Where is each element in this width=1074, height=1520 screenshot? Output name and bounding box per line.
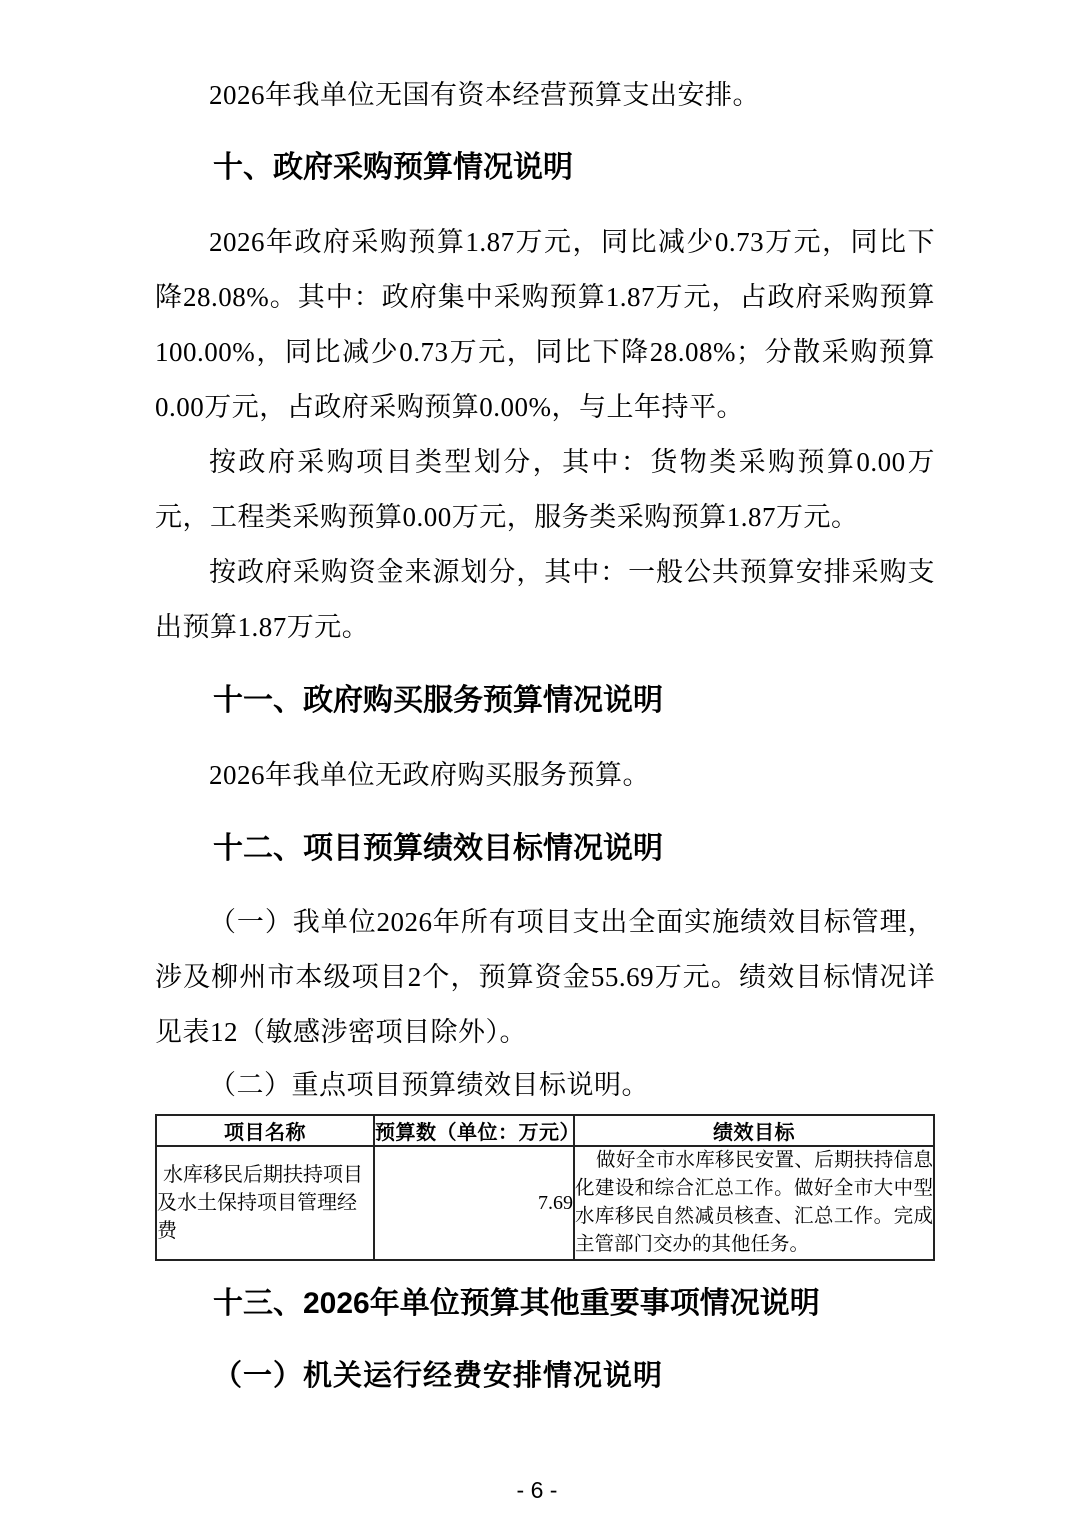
paragraph-state-capital-budget: 2026年我单位无国有资本经营预算支出安排。 — [155, 68, 935, 123]
performance-goal-table: 项目名称 预算数（单位：万元） 绩效目标 水库移民后期扶持项目及水土保持项目管理… — [155, 1114, 935, 1261]
cell-performance-goal: 做好全市水库移民安置、后期扶持信息化建设和综合汇总工作。做好全市大中型水库移民自… — [574, 1146, 934, 1260]
table-header-goal: 绩效目标 — [574, 1115, 934, 1146]
heading-section-13-sub-1: （一）机关运行经费安排情况说明 — [213, 1354, 663, 1398]
table-header-project-name: 项目名称 — [156, 1115, 374, 1146]
table-header-budget: 预算数（单位：万元） — [374, 1115, 574, 1146]
heading-section-13: 十三、2026年单位预算其他重要事项情况说明 — [213, 1282, 820, 1326]
paragraph-performance-overview: （一）我单位2026年所有项目支出全面实施绩效目标管理，涉及柳州市本级项目2个，… — [155, 895, 935, 1060]
paragraph-performance-key: （二）重点项目预算绩效目标说明。 — [155, 1058, 935, 1113]
document-page: 2026年我单位无国有资本经营预算支出安排。 十、政府采购预算情况说明 2026… — [0, 0, 1074, 1520]
heading-section-10: 十、政府采购预算情况说明 — [213, 146, 573, 190]
cell-budget-value: 7.69 — [374, 1146, 574, 1260]
table-row: 水库移民后期扶持项目及水土保持项目管理经费 7.69 做好全市水库移民安置、后期… — [156, 1146, 934, 1260]
cell-project-name: 水库移民后期扶持项目及水土保持项目管理经费 — [156, 1146, 374, 1260]
paragraph-purchase-service: 2026年我单位无政府购买服务预算。 — [155, 748, 935, 803]
heading-section-12: 十二、项目预算绩效目标情况说明 — [213, 827, 663, 871]
paragraph-procurement-by-type: 按政府采购项目类型划分，其中：货物类采购预算0.00万元，工程类采购预算0.00… — [155, 435, 935, 545]
heading-section-11: 十一、政府购买服务预算情况说明 — [213, 679, 663, 723]
paragraph-procurement-by-fund: 按政府采购资金来源划分，其中：一般公共预算安排采购支出预算1.87万元。 — [155, 545, 935, 655]
table-header-row: 项目名称 预算数（单位：万元） 绩效目标 — [156, 1115, 934, 1146]
paragraph-procurement-overview: 2026年政府采购预算1.87万元，同比减少0.73万元，同比下降28.08%。… — [155, 215, 935, 435]
page-number: - 6 - — [0, 1468, 1074, 1512]
